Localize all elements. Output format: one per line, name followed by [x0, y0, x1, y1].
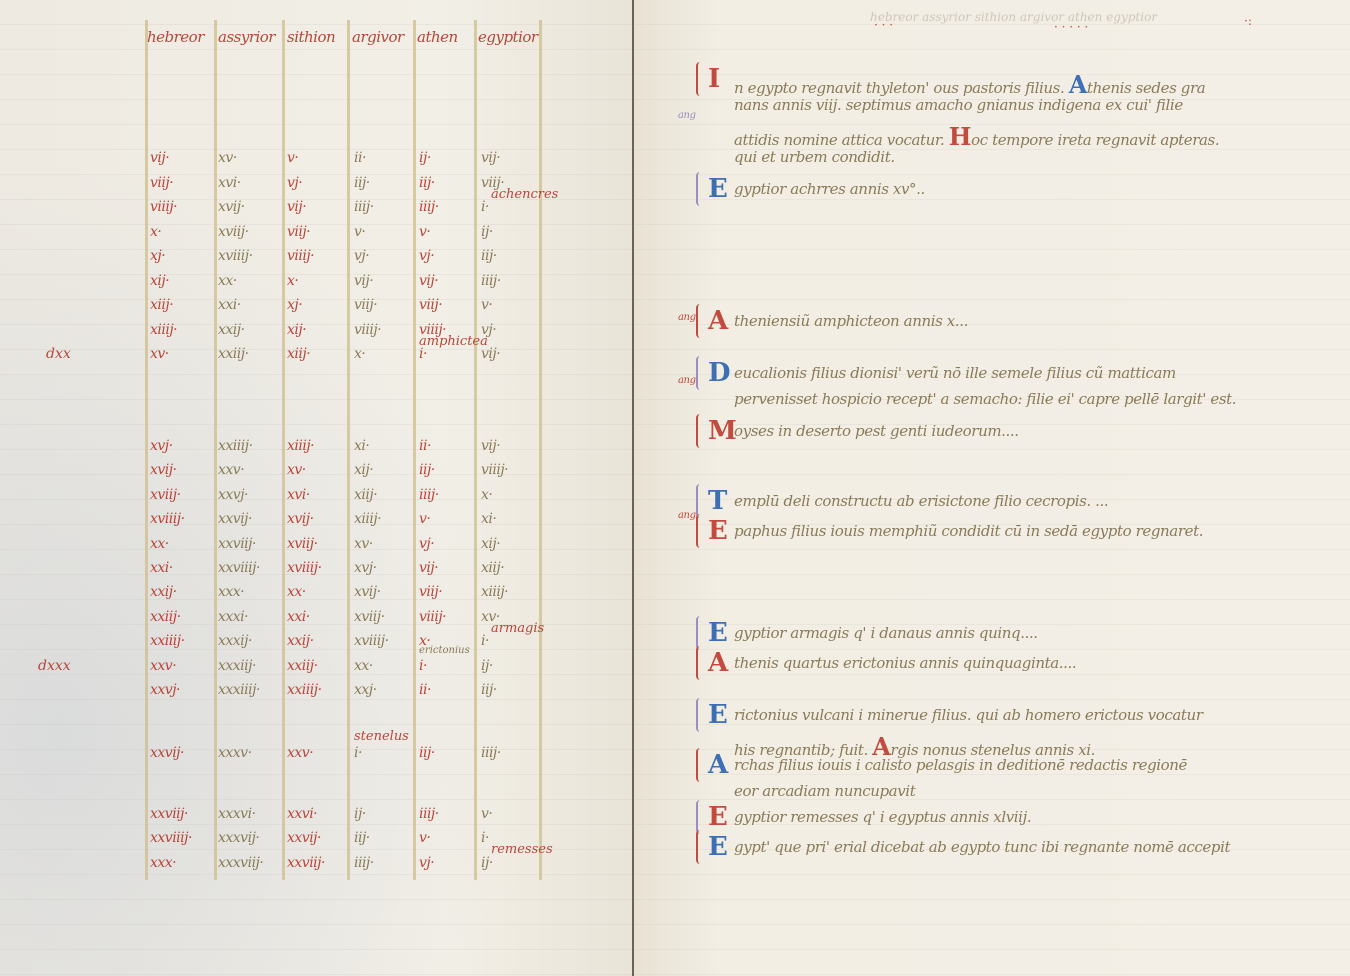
- margin-gloss: ang: [678, 312, 696, 323]
- text-line-content: emplū deli constructu ab erisictone fili…: [734, 492, 1108, 510]
- table-cell: xviij·: [218, 224, 249, 240]
- pen-flourish-decoration: [696, 356, 708, 390]
- illuminated-initial: E: [708, 518, 728, 544]
- table-cell: xviiij·: [218, 248, 253, 264]
- table-cell: xx·: [218, 273, 237, 289]
- margin-gloss: ang: [678, 110, 696, 121]
- text-line-content: eor arcadiam nuncupavit: [734, 782, 915, 800]
- text-line-content: thenis quartus erictonius annis quinquag…: [734, 654, 1076, 672]
- table-cell: xxiij·: [150, 609, 181, 625]
- table-cell: xxij·: [150, 584, 177, 600]
- column-ruling: [347, 20, 350, 880]
- table-cell: xxvj·: [150, 682, 180, 698]
- table-cell: x·: [287, 273, 298, 289]
- manuscript-spread: hebreor assyrior sithion argivor athen e…: [0, 0, 1350, 976]
- king-name-annotation: armagis: [491, 621, 544, 636]
- table-cell: xxx·: [150, 855, 176, 871]
- table-cell: viij·: [354, 297, 377, 313]
- column-ruling: [474, 20, 477, 880]
- show-through-text: hebreor assyrior sithion argivor athen e…: [870, 10, 1157, 24]
- illuminated-initial: E: [708, 804, 728, 830]
- table-cell: xxv·: [218, 462, 244, 478]
- table-cell: xxiij·: [218, 346, 249, 362]
- illuminated-initial: A: [708, 752, 728, 778]
- table-cell: xxi·: [218, 297, 241, 313]
- table-cell: xiij·: [150, 297, 173, 313]
- illuminated-initial: D: [708, 360, 731, 386]
- king-name-annotation: remesses: [491, 842, 553, 857]
- pen-flourish-decoration: [696, 484, 708, 518]
- table-cell: iij·: [419, 745, 435, 761]
- text-line-content: nans annis viij. septimus amacho gnianus…: [734, 96, 1183, 114]
- illuminated-initial: E: [708, 702, 728, 728]
- table-cell: ii·: [354, 150, 366, 166]
- table-cell: xxvij·: [150, 745, 184, 761]
- table-cell: v·: [481, 297, 492, 313]
- text-line: rchas filius iouis i calisto pelasgis in…: [734, 756, 1187, 774]
- table-cell: xxvj·: [218, 487, 248, 503]
- table-cell: ij·: [354, 806, 366, 822]
- text-line: rictonius vulcani i minerue filius. qui …: [734, 706, 1203, 724]
- table-cell: xviij·: [150, 487, 181, 503]
- table-cell: x·: [150, 224, 161, 240]
- table-cell: iiij·: [419, 199, 439, 215]
- table-cell: v·: [481, 806, 492, 822]
- table-cell: xv·: [150, 346, 169, 362]
- table-cell: xxiij·: [287, 658, 318, 674]
- pen-flourish-decoration: [696, 62, 708, 96]
- column-header-argives: argivor: [352, 28, 404, 46]
- text-line: gyptior achrres annis xv°..: [734, 180, 925, 198]
- right-page: hebreor assyrior sithion argivor athen e…: [634, 0, 1350, 976]
- table-cell: vij·: [354, 273, 373, 289]
- text-line-content: eucalionis filius dionisi' verũ nō ille …: [734, 364, 1176, 382]
- table-cell: xiiij·: [481, 584, 508, 600]
- pen-flourish-decoration: [696, 800, 708, 834]
- text-line: pervenisset hospicio recept' a semacho: …: [734, 390, 1236, 408]
- table-cell: xxv·: [287, 745, 313, 761]
- table-cell: viiij·: [419, 609, 446, 625]
- table-cell: xviiij·: [287, 560, 322, 576]
- table-cell: xxxiiij·: [218, 682, 260, 698]
- text-line-content: attidis nomine attica vocatur.: [734, 131, 949, 149]
- inline-illuminated-initial: H: [949, 122, 971, 151]
- column-header-hebrews: hebreor: [147, 28, 204, 46]
- column-ruling: [282, 20, 285, 880]
- table-cell: ii·: [419, 438, 431, 454]
- table-cell: xvj·: [354, 560, 377, 576]
- table-cell: xiiij·: [354, 511, 381, 527]
- table-cell: xvi·: [287, 487, 310, 503]
- column-ruling: [413, 20, 416, 880]
- table-cell: x·: [354, 346, 365, 362]
- inline-initial-continuation: oc tempore ireta regnavit apteras.: [971, 131, 1219, 149]
- table-cell: xxxiij·: [218, 658, 256, 674]
- table-cell: iiij·: [354, 855, 374, 871]
- table-cell: xxviij·: [287, 855, 325, 871]
- illuminated-initial: I: [708, 66, 720, 92]
- table-cell: xxvij·: [287, 830, 321, 846]
- margin-gloss: ang: [678, 375, 696, 386]
- table-cell: viij·: [419, 297, 442, 313]
- table-cell: viij·: [287, 224, 310, 240]
- table-cell: iij·: [481, 248, 497, 264]
- table-cell: xi·: [481, 511, 496, 527]
- table-cell: vij·: [481, 438, 500, 454]
- table-cell: viiij·: [150, 199, 177, 215]
- margin-gloss: ang: [678, 510, 696, 521]
- text-line: eucalionis filius dionisi' verũ nō ille …: [734, 364, 1176, 382]
- table-cell: vj·: [419, 248, 434, 264]
- table-cell: iiij·: [419, 487, 439, 503]
- table-cell: xxiiij·: [150, 633, 185, 649]
- table-cell: xvij·: [354, 584, 381, 600]
- column-header-assyrians: assyrior: [218, 28, 275, 46]
- pen-flourish-decoration: [696, 748, 708, 782]
- table-cell: xij·: [481, 536, 500, 552]
- table-cell: xvij·: [218, 199, 245, 215]
- illuminated-initial: E: [708, 620, 728, 646]
- table-cell: xx·: [150, 536, 169, 552]
- table-cell: vj·: [419, 536, 434, 552]
- table-cell: xviij·: [354, 609, 385, 625]
- text-line: qui et urbem condidit.: [734, 148, 895, 166]
- illuminated-initial: M: [708, 418, 737, 444]
- table-cell: xxij·: [287, 633, 314, 649]
- text-line-content: oyses in deserto pest genti iudeorum....: [734, 422, 1019, 440]
- text-line-content: theniensiũ amphicteon annis x...: [734, 312, 968, 330]
- table-cell: xx·: [287, 584, 306, 600]
- table-cell: xv·: [218, 150, 237, 166]
- red-ink-spots: · · ·: [874, 18, 893, 32]
- pen-flourish-decoration: [696, 616, 708, 650]
- table-cell: iiij·: [419, 806, 439, 822]
- table-cell: viiij·: [287, 248, 314, 264]
- table-cell: xvi·: [218, 175, 241, 191]
- table-cell: x·: [481, 487, 492, 503]
- king-name-annotation: stenelus: [354, 729, 409, 744]
- table-cell: xxiiij·: [218, 438, 253, 454]
- table-cell: iij·: [481, 682, 497, 698]
- illuminated-initial: E: [708, 834, 728, 860]
- table-cell: xij·: [287, 322, 306, 338]
- table-cell: xxxvi·: [218, 806, 256, 822]
- table-cell: xiij·: [354, 487, 377, 503]
- table-cell: i·: [481, 830, 489, 846]
- table-cell: xviij·: [287, 536, 318, 552]
- text-line-content: gyptior achrres annis xv°..: [734, 180, 925, 198]
- king-name-annotation: amphictea: [419, 334, 488, 349]
- table-cell: xv·: [287, 462, 306, 478]
- table-cell: iij·: [419, 462, 435, 478]
- table-cell: iiij·: [481, 273, 501, 289]
- table-cell: xxxviij·: [218, 855, 263, 871]
- pen-flourish-decoration: [696, 414, 708, 448]
- table-cell: v·: [287, 150, 298, 166]
- table-cell: xxvi·: [287, 806, 317, 822]
- illuminated-initial: T: [708, 488, 727, 514]
- table-cell: xiij·: [481, 560, 504, 576]
- text-line: eor arcadiam nuncupavit: [734, 782, 915, 800]
- table-cell: v·: [419, 224, 430, 240]
- table-cell: xvij·: [150, 462, 177, 478]
- table-cell: v·: [419, 511, 430, 527]
- table-cell: xxxi·: [218, 609, 248, 625]
- red-ink-spots: ·:: [1244, 14, 1252, 28]
- table-cell: xj·: [150, 248, 165, 264]
- pen-flourish-decoration: [696, 304, 708, 338]
- table-cell: v·: [354, 224, 365, 240]
- illuminated-initial: E: [708, 176, 728, 202]
- text-line: emplū deli constructu ab erisictone fili…: [734, 492, 1108, 510]
- table-cell: xxxvij·: [218, 830, 259, 846]
- table-cell: xiij·: [287, 346, 310, 362]
- table-cell: xv·: [354, 536, 373, 552]
- table-cell: xiiij·: [150, 322, 177, 338]
- text-line: gyptior armagis q' i danaus annis quinq.…: [734, 624, 1038, 642]
- table-cell: xxv·: [150, 658, 176, 674]
- table-cell: i·: [481, 199, 489, 215]
- illuminated-initial: A: [708, 650, 728, 676]
- table-cell: xxxv·: [218, 745, 252, 761]
- text-line: gyptior remesses q' i egyptus annis xlvi…: [734, 808, 1031, 826]
- text-line-content: gypt' que pri' erial dicebat ab egypto t…: [734, 838, 1230, 856]
- table-cell: xxij·: [218, 322, 245, 338]
- table-cell: xviiij·: [150, 511, 185, 527]
- table-cell: vj·: [419, 855, 434, 871]
- table-cell: xxviij·: [218, 536, 256, 552]
- table-cell: vij·: [287, 199, 306, 215]
- king-name-annotation: achencres: [491, 187, 558, 202]
- text-line: n egypto regnavit thyleton' ous pastoris…: [734, 70, 1205, 99]
- column-ruling: [214, 20, 217, 880]
- table-cell: vij·: [419, 273, 438, 289]
- margin-year-number: dxx: [46, 346, 71, 362]
- table-cell: ij·: [419, 150, 431, 166]
- table-cell: xxviiij·: [218, 560, 260, 576]
- table-cell: iij·: [354, 830, 370, 846]
- table-cell: iij·: [419, 175, 435, 191]
- text-line: paphus filius iouis memphiũ condidit cū …: [734, 522, 1203, 540]
- table-cell: vij·: [481, 150, 500, 166]
- table-cell: viij·: [419, 584, 442, 600]
- text-line-content: paphus filius iouis memphiũ condidit cū …: [734, 522, 1203, 540]
- table-cell: xvj·: [150, 438, 173, 454]
- king-name-annotation: erictonius: [419, 645, 470, 656]
- text-line-content: pervenisset hospicio recept' a semacho: …: [734, 390, 1236, 408]
- column-ruling: [539, 20, 542, 880]
- table-cell: i·: [354, 745, 362, 761]
- text-line: theniensiũ amphicteon annis x...: [734, 312, 968, 330]
- table-cell: i·: [481, 633, 489, 649]
- margin-year-number: dxxx: [38, 658, 71, 674]
- table-cell: xiiij·: [287, 438, 314, 454]
- column-ruling: [145, 20, 148, 880]
- table-cell: xxiiij·: [287, 682, 322, 698]
- table-cell: xxxij·: [218, 633, 252, 649]
- column-header-egyptians: egyptior: [478, 28, 538, 46]
- table-cell: iiij·: [354, 199, 374, 215]
- text-line: attidis nomine attica vocatur. Hoc tempo…: [734, 122, 1219, 151]
- table-cell: v·: [419, 830, 430, 846]
- table-cell: xij·: [150, 273, 169, 289]
- table-cell: vij·: [150, 150, 169, 166]
- table-cell: xj·: [287, 297, 302, 313]
- table-cell: xij·: [354, 462, 373, 478]
- pen-flourish-decoration: [696, 172, 708, 206]
- table-cell: vj·: [287, 175, 302, 191]
- text-line-content: gyptior remesses q' i egyptus annis xlvi…: [734, 808, 1031, 826]
- table-cell: xviiij·: [354, 633, 389, 649]
- table-cell: xi·: [354, 438, 369, 454]
- left-page: hebreor assyrior sithion argivor athen e…: [0, 0, 632, 976]
- pen-flourish-decoration: [696, 514, 708, 548]
- table-cell: ij·: [481, 658, 493, 674]
- pen-flourish-decoration: [696, 830, 708, 864]
- text-line-content: rictonius vulcani i minerue filius. qui …: [734, 706, 1203, 724]
- pen-flourish-decoration: [696, 646, 708, 680]
- table-cell: xxvij·: [218, 511, 252, 527]
- table-cell: viij·: [150, 175, 173, 191]
- table-cell: vj·: [354, 248, 369, 264]
- inline-illuminated-initial: A: [1069, 70, 1087, 99]
- text-line: thenis quartus erictonius annis quinquag…: [734, 654, 1076, 672]
- table-cell: xxx·: [218, 584, 244, 600]
- table-cell: i·: [419, 658, 427, 674]
- table-cell: ii·: [419, 682, 431, 698]
- table-cell: xvij·: [287, 511, 314, 527]
- column-header-athenians: athen: [417, 28, 458, 46]
- red-ink-spots: · · · · ·: [1054, 20, 1088, 34]
- pen-flourish-decoration: [696, 698, 708, 732]
- text-line-content: n egypto regnavit thyleton' ous pastoris…: [734, 79, 1069, 97]
- table-cell: xxj·: [354, 682, 377, 698]
- table-cell: xx·: [354, 658, 373, 674]
- table-cell: xxi·: [150, 560, 173, 576]
- table-cell: xxi·: [287, 609, 310, 625]
- table-cell: viiij·: [481, 462, 508, 478]
- table-cell: viiij·: [354, 322, 381, 338]
- text-line: gypt' que pri' erial dicebat ab egypto t…: [734, 838, 1230, 856]
- column-header-sicyonians: sithion: [287, 28, 335, 46]
- text-line: oyses in deserto pest genti iudeorum....: [734, 422, 1019, 440]
- table-cell: xxviiij·: [150, 830, 192, 846]
- text-line: nans annis viij. septimus amacho gnianus…: [734, 96, 1183, 114]
- table-cell: iij·: [354, 175, 370, 191]
- text-line-content: gyptior armagis q' i danaus annis quinq.…: [734, 624, 1038, 642]
- table-cell: xxviij·: [150, 806, 188, 822]
- table-cell: vij·: [419, 560, 438, 576]
- table-cell: iiij·: [481, 745, 501, 761]
- illuminated-initial: A: [708, 308, 728, 334]
- text-line-content: rchas filius iouis i calisto pelasgis in…: [734, 756, 1187, 774]
- text-line-content: qui et urbem condidit.: [734, 148, 895, 166]
- table-cell: ij·: [481, 224, 493, 240]
- inline-initial-continuation: thenis sedes gra: [1087, 79, 1205, 97]
